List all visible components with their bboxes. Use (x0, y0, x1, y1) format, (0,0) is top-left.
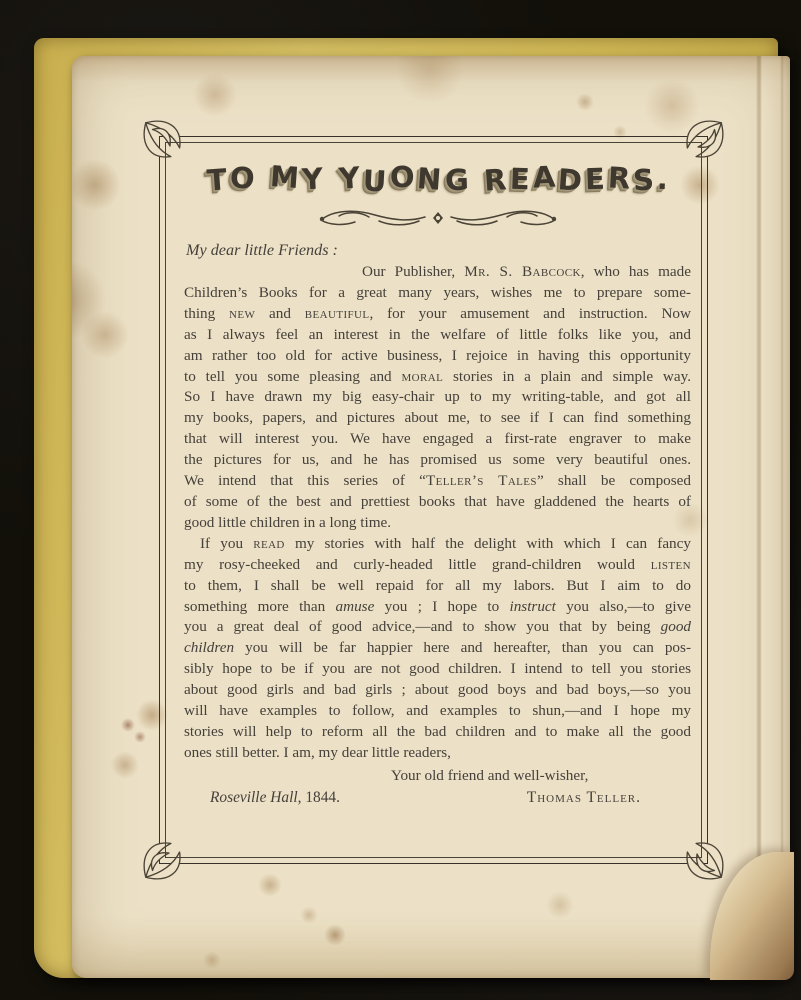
text-line: Children’s Books for a great many years,… (184, 283, 691, 304)
title-letter: R (607, 155, 632, 200)
place-and-date: Roseville Hall, 1844. (210, 787, 340, 808)
title-letter: E (509, 157, 530, 202)
text-line: the pictures for us, and he has promised… (184, 450, 691, 471)
text-line: Our Publisher, Mr. S. Babcock, who has m… (184, 262, 691, 283)
title-letter: A (531, 154, 556, 199)
title-letter: Y (338, 155, 362, 200)
title-letter: D (556, 157, 583, 203)
text-line: good little children in a long time. (184, 513, 691, 534)
title-letter: R (483, 157, 508, 202)
place-date: , 1844. (298, 789, 340, 806)
title-letter: Y (301, 156, 324, 201)
salutation: My dear little Friends : (184, 240, 691, 261)
body-lines: Our Publisher, Mr. S. Babcock, who has m… (184, 262, 691, 764)
printed-frame: TO MY YUONG READERS. (159, 136, 708, 864)
title-letter: N (416, 156, 443, 202)
text-line: We intend that this series of “Teller’s … (184, 471, 691, 492)
text-line: as I always feel an interest in the welf… (184, 325, 691, 346)
scroll-divider-icon (313, 205, 563, 231)
signature-row: Roseville Hall, 1844. Thomas Teller. (184, 787, 691, 808)
photo-background: TO MY YUONG READERS. (0, 0, 801, 1000)
frame-content: TO MY YUONG READERS. (160, 137, 707, 863)
text-line: sibly hope to be if you are not good chi… (184, 659, 691, 680)
text-line: am rather too old for active business, I… (184, 346, 691, 367)
text-line: that will interest you. We have engaged … (184, 429, 691, 450)
text-line: thing new and beautiful, for your amusem… (184, 304, 691, 325)
text-line: will have examples to follow, and exampl… (184, 701, 691, 722)
text-line: you a great deal of good advice,—and to … (184, 617, 691, 638)
title-letter (326, 157, 336, 201)
title-letter: E (584, 157, 605, 202)
title-letter: U (362, 158, 388, 203)
title-letter: O (229, 155, 256, 200)
title-letter: T (205, 157, 228, 202)
text-line: children you will be far happier here an… (184, 638, 691, 659)
text-line: something more than amuse you ; I hope t… (184, 597, 691, 618)
closing-line: Your old friend and well-wisher, (391, 765, 691, 786)
title-letter: . (656, 157, 669, 201)
title-letter (257, 157, 267, 201)
title-letter: M (269, 154, 301, 200)
page-title: TO MY YUONG READERS. (184, 157, 691, 201)
text-line: my rosy-cheeked and curly-headed little … (184, 555, 691, 576)
title-letter (471, 157, 481, 201)
text-line: of some of the best and prettiest books … (184, 492, 691, 513)
text-line: ones still better. I am, my dear little … (184, 743, 691, 764)
text-line: to tell you some pleasing and moral stor… (184, 367, 691, 388)
place-name: Roseville Hall (210, 789, 298, 806)
text-line: my books, papers, and pictures about me,… (184, 408, 691, 429)
text-line: If you read my stories with half the del… (184, 534, 691, 555)
author-signature: Thomas Teller. (527, 787, 641, 808)
text-line: to them, I shall be well repaid for all … (184, 576, 691, 597)
title-letter: S (632, 157, 655, 202)
text-line: So I have drawn my big easy-chair up to … (184, 387, 691, 408)
title-letter: O (389, 155, 414, 199)
text-line: about good girls and bad girls ; about g… (184, 680, 691, 701)
book-page: TO MY YUONG READERS. (72, 56, 790, 978)
title-letter: G (444, 158, 469, 203)
text-line: stories will help to reform all the bad … (184, 722, 691, 743)
